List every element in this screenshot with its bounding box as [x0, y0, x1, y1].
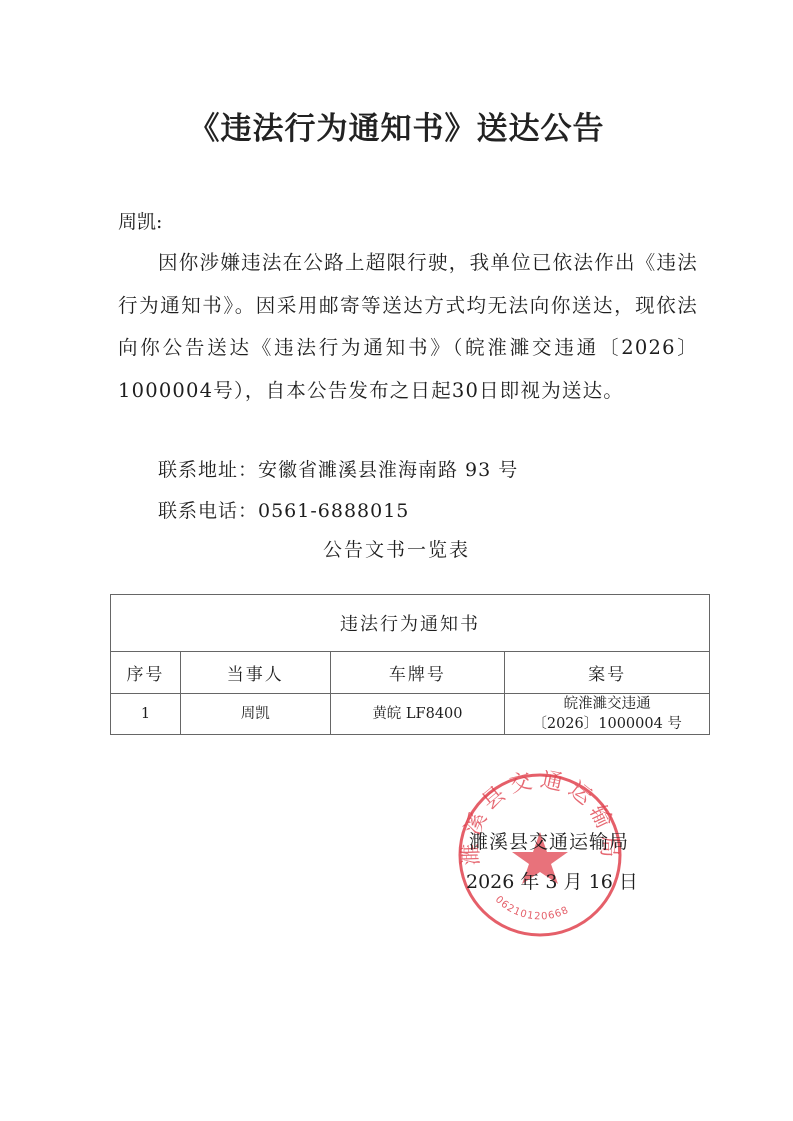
contact-phone: 联系电话：0561-6888015: [158, 496, 409, 523]
svg-text:06210120668: 06210120668: [493, 894, 571, 922]
contact-address: 联系地址：安徽省濉溪县淮海南路 93 号: [158, 455, 518, 482]
header-plate: 车牌号: [330, 652, 505, 694]
issuer-name: 濉溪县交通运输局: [469, 827, 629, 854]
document-title: 《违法行为通知书》送达公告: [0, 103, 793, 148]
table-header-row: 序号 当事人 车牌号 案号: [111, 652, 710, 694]
table-row: 1 周凯 黄皖 LF8400 皖淮濉交违通 〔2026〕1000004 号: [111, 694, 710, 735]
table-caption: 违法行为通知书: [111, 595, 710, 652]
cell-index: 1: [111, 694, 181, 735]
header-party: 当事人: [180, 652, 330, 694]
issue-date: 2026 年 3 月 16 日: [466, 867, 638, 894]
cell-plate: 黄皖 LF8400: [330, 694, 505, 735]
official-seal-icon: 濉溪县交通运输局 06210120668: [455, 770, 625, 940]
cell-party: 周凯: [180, 694, 330, 735]
header-index: 序号: [111, 652, 181, 694]
case-number-line2: 〔2026〕1000004 号: [505, 714, 709, 734]
case-number-line1: 皖淮濉交违通: [505, 694, 709, 714]
documents-table: 违法行为通知书 序号 当事人 车牌号 案号 1 周凯 黄皖 LF8400 皖淮濉…: [110, 594, 710, 735]
addressee: 周凯:: [118, 207, 162, 234]
cell-case-number: 皖淮濉交违通 〔2026〕1000004 号: [505, 694, 710, 735]
notice-body: 因你涉嫌违法在公路上超限行驶，我单位已依法作出《违法行为通知书》。因采用邮寄等送…: [118, 242, 698, 412]
header-case-number: 案号: [505, 652, 710, 694]
list-title: 公告文书一览表: [0, 535, 793, 562]
